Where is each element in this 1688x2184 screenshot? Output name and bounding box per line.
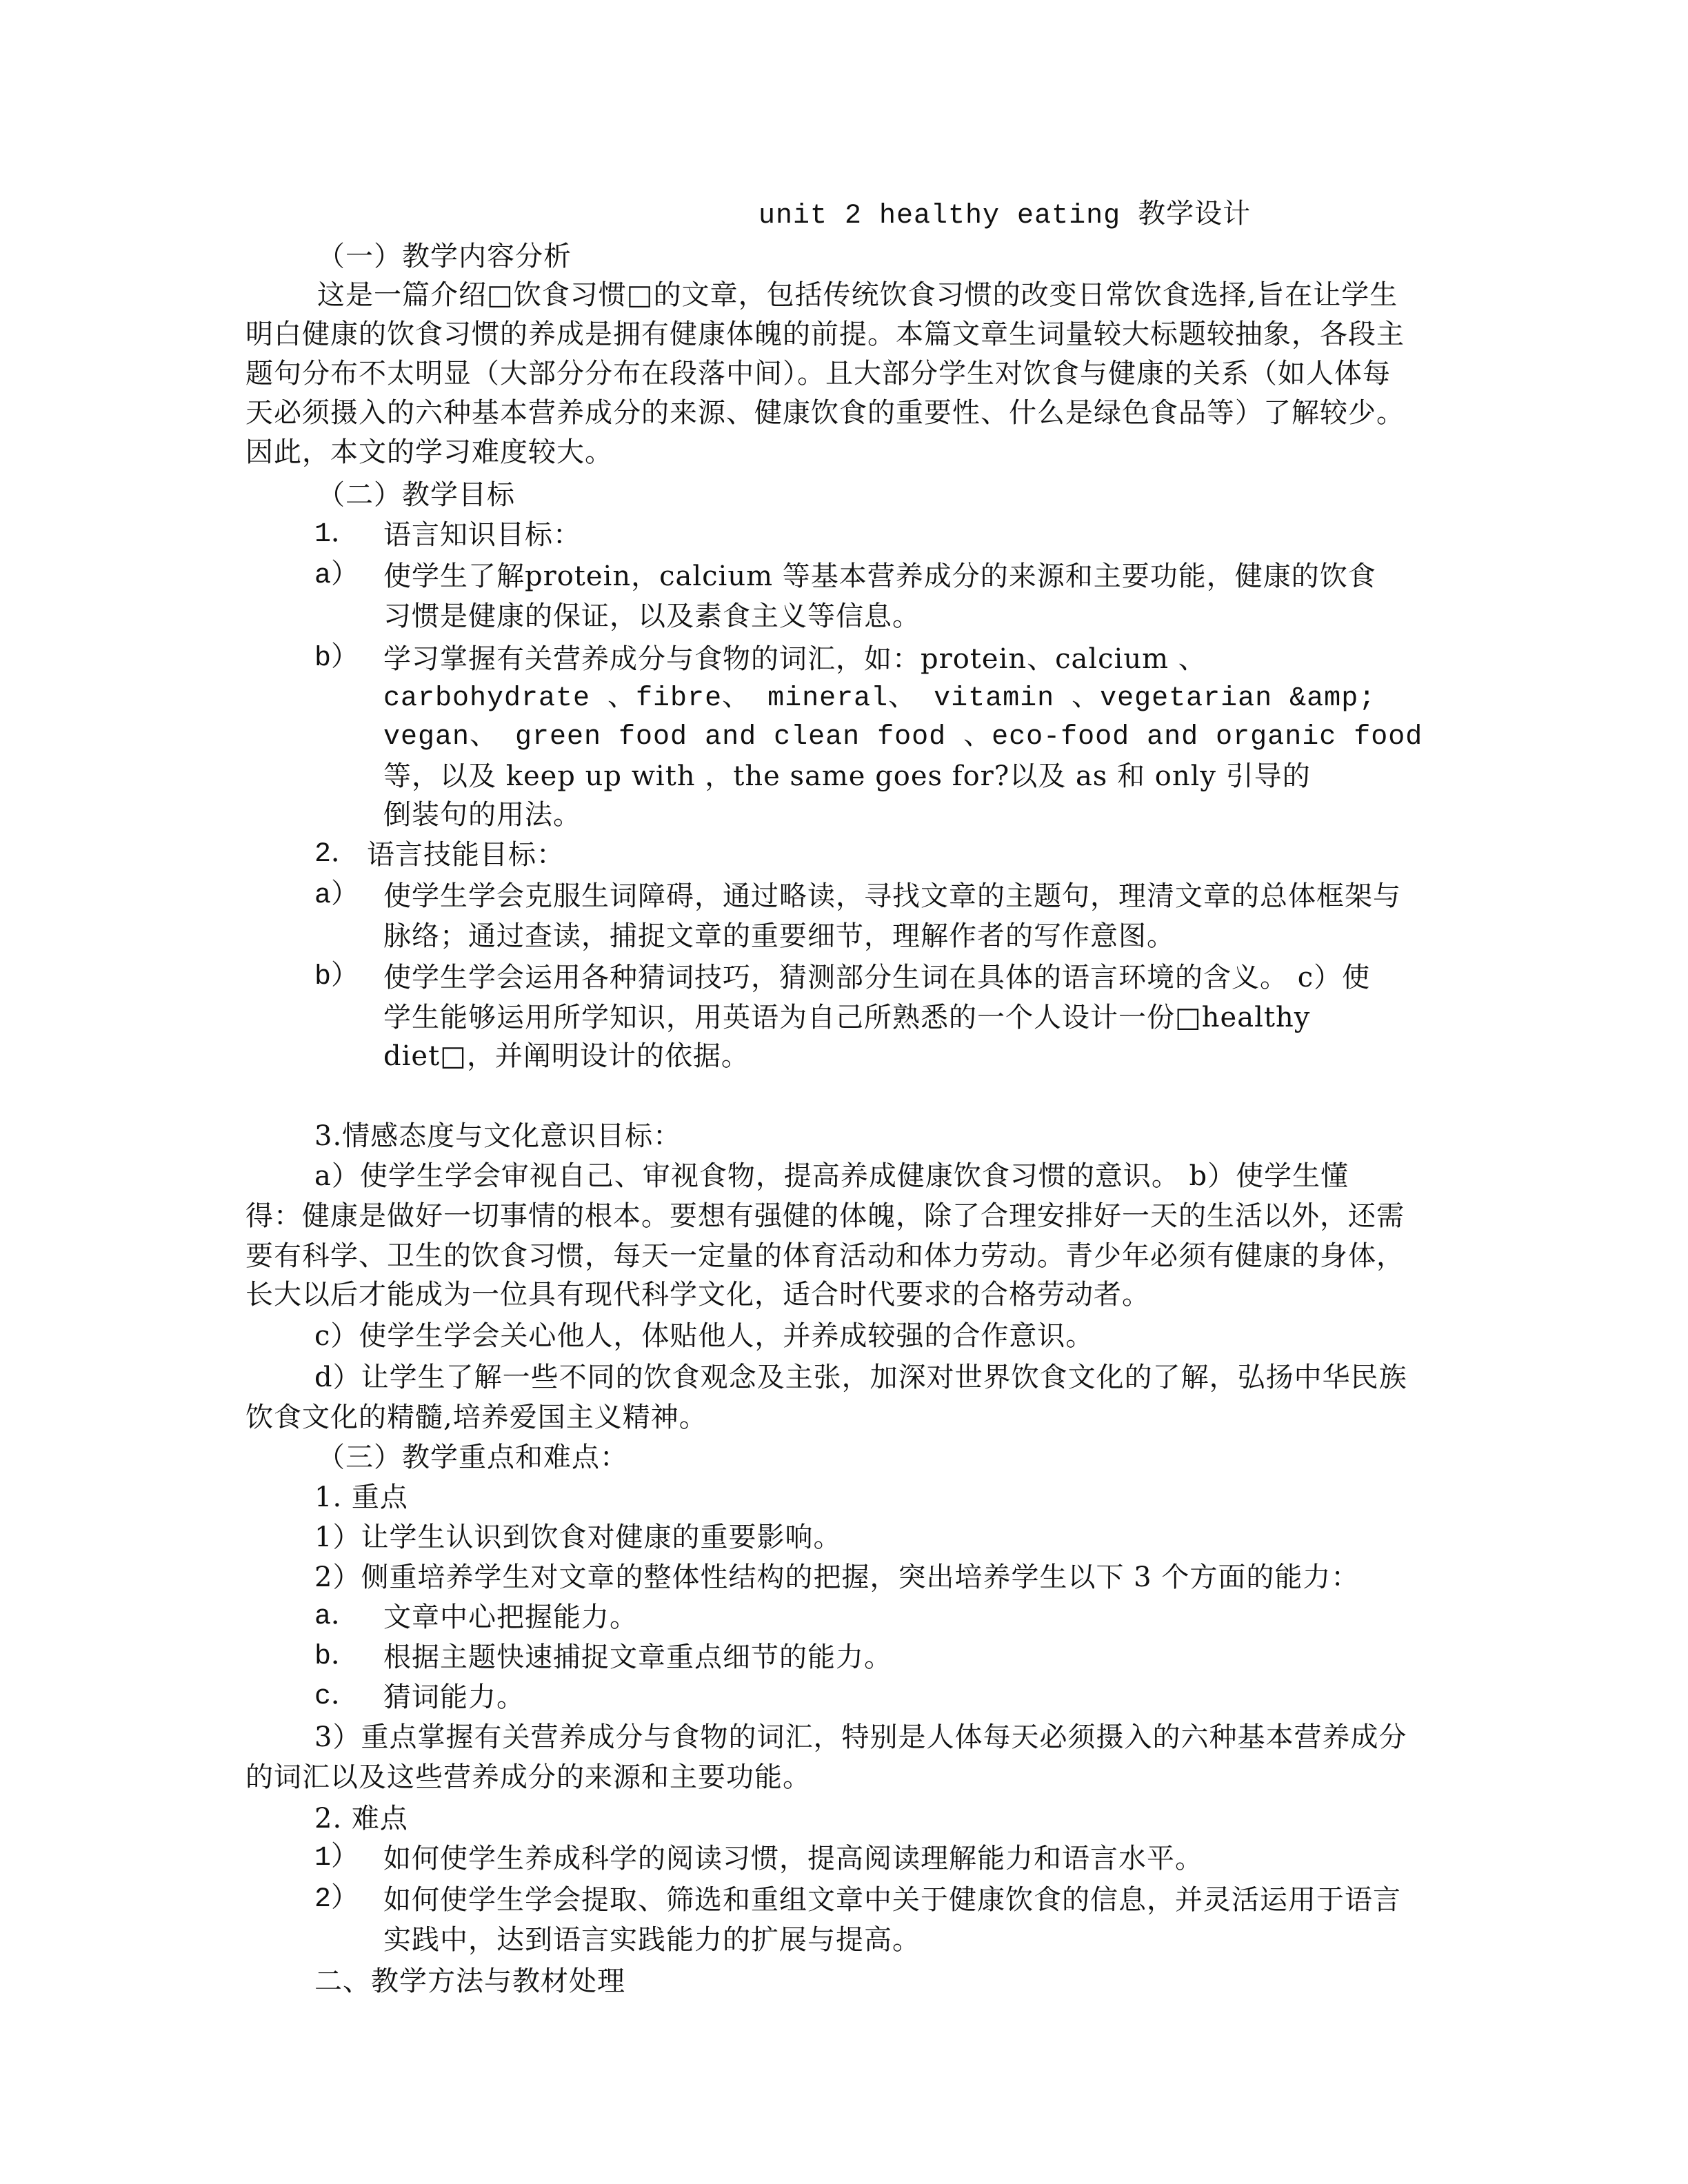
list-item-line: carbohydrate 、fibre、 mineral、 vitamin 、v…	[383, 680, 1376, 718]
list-item-line: 使学生学会克服生词障碍，通过略读，寻找文章的主题句，理清文章的总体框架与	[383, 877, 1401, 916]
list-item-line: 根据主题快速捕捉文章重点细节的能力。	[383, 1638, 892, 1677]
list-item-line: 1）让学生认识到饮食对健康的重要影响。	[314, 1518, 841, 1557]
paragraph-line: 这是一篇介绍□饮食习惯□的文章，包括传统饮食习惯的改变日常饮食选择,旨在让学生	[317, 276, 1398, 314]
list-marker: 1．	[314, 516, 359, 554]
paragraph-line: 得：健康是做好一切事情的根本。要想有强健的体魄，除了合理安排好一天的生活以外，还…	[245, 1197, 1405, 1235]
list-item-line: 文章中心把握能力。	[383, 1598, 638, 1637]
paragraph-line: 的词汇以及这些营养成分的来源和主要功能。	[245, 1758, 811, 1797]
paragraph-line: 3）重点掌握有关营养成分与食物的词汇，特别是人体每天必须摄入的六种基本营养成分	[314, 1718, 1407, 1757]
paragraph-line: 饮食文化的精髓,培养爱国主义精神。	[245, 1398, 707, 1437]
paragraph-line: 题句分布不太明显（大部分分布在段落中间）。且大部分学生对饮食与健康的关系（如人体…	[245, 354, 1391, 393]
document-title: unit 2 healthy eating 教学设计	[758, 197, 1251, 236]
list-item-line: vegan、 green food and clean food 、eco-fo…	[383, 718, 1423, 757]
subsection-heading: 3.情感态度与文化意识目标：	[314, 1117, 681, 1155]
section-heading-key-points: （三）教学重点和难点：	[317, 1438, 628, 1477]
list-marker: 2．	[314, 836, 359, 874]
list-marker: b）	[314, 640, 359, 678]
list-marker: a．	[314, 1598, 359, 1637]
document-page: unit 2 healthy eating 教学设计 （一）教学内容分析 这是一…	[0, 0, 1688, 2184]
list-item-line: 学生能够运用所学知识，用英语为自己所熟悉的一个人设计一份□healthy	[383, 998, 1310, 1037]
list-item-line: 等，以及 keep up with ，the same goes for?以及 …	[383, 757, 1311, 796]
list-item-line: 使学生了解protein，calcium 等基本营养成分的来源和主要功能，健康的…	[383, 557, 1376, 596]
list-marker: c．	[314, 1678, 359, 1717]
list-marker: 2）	[314, 1881, 359, 1919]
subsection-heading: 1. 重点	[314, 1478, 408, 1517]
list-marker: b．	[314, 1638, 359, 1677]
paragraph-line: a）使学生学会审视自己、审视食物，提高养成健康饮食习惯的意识。 b）使学生懂	[314, 1157, 1349, 1195]
list-item-line: 猜词能力。	[383, 1678, 525, 1717]
list-marker: b）	[314, 958, 359, 997]
list-item-line: 脉络；通过查读，捕捉文章的重要细节，理解作者的写作意图。	[383, 917, 1175, 956]
list-item-line: 实践中，达到语言实践能力的扩展与提高。	[383, 1921, 921, 1959]
paragraph-line: 长大以后才能成为一位具有现代科学文化，适合时代要求的合格劳动者。	[245, 1275, 1150, 1314]
list-item-line: 倒装句的用法。	[383, 796, 581, 834]
list-marker: a）	[314, 557, 359, 596]
subsection-heading: 语言知识目标：	[383, 516, 581, 554]
paragraph-line: 因此，本文的学习难度较大。	[245, 433, 613, 472]
part-heading-teaching-methods: 二、教学方法与教材处理	[314, 1962, 625, 2001]
paragraph-line: d）让学生了解一些不同的饮食观念及主张，加深对世界饮食文化的了解，弘扬中华民族	[314, 1358, 1407, 1397]
section-heading-content-analysis: （一）教学内容分析	[317, 237, 572, 276]
list-marker: 1）	[314, 1839, 359, 1878]
subsection-heading: 语言技能目标：	[367, 836, 565, 874]
list-item-line: 习惯是健康的保证，以及素食主义等信息。	[383, 597, 921, 636]
list-item-line: 2）侧重培养学生对文章的整体性结构的把握，突出培养学生以下 3 个方面的能力：	[314, 1558, 1359, 1597]
paragraph-line: 要有科学、卫生的饮食习惯，每天一定量的体育活动和体力劳动。青少年必须有健康的身体…	[245, 1237, 1405, 1275]
paragraph-line: 明白健康的饮食习惯的养成是拥有健康体魄的前提。本篇文章生词量较大标题较抽象，各段…	[245, 315, 1405, 354]
list-item-line: 如何使学生养成科学的阅读习惯，提高阅读理解能力和语言水平。	[383, 1839, 1203, 1878]
paragraph-line: c）使学生学会关心他人，体贴他人，并养成较强的合作意识。	[314, 1317, 1094, 1355]
list-item-line: 使学生学会运用各种猜词技巧，猜测部分生词在具体的语言环境的含义。 c）使	[383, 958, 1370, 997]
list-item-line: diet□，并阐明设计的依据。	[383, 1037, 750, 1075]
list-marker: a）	[314, 877, 359, 916]
paragraph-line: 天必须摄入的六种基本营养成分的来源、健康饮食的重要性、什么是绿色食品等）了解较少…	[245, 394, 1405, 432]
section-heading-objectives: （二）教学目标	[317, 476, 515, 514]
list-item-line: 学习掌握有关营养成分与食物的词汇，如：protein、calcium 、	[383, 640, 1207, 678]
subsection-heading: 2. 难点	[314, 1799, 408, 1838]
list-item-line: 如何使学生学会提取、筛选和重组文章中关于健康饮食的信息，并灵活运用于语言	[383, 1881, 1401, 1919]
